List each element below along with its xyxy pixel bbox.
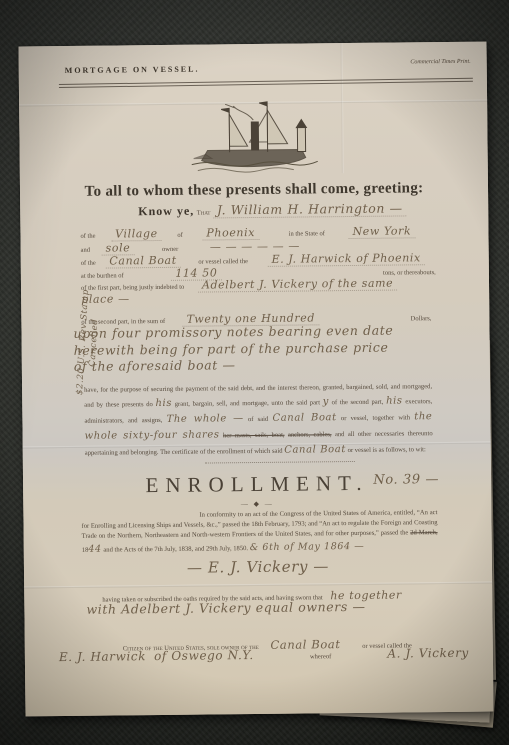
- grantor-name: J. William H. Harrington —: [213, 200, 407, 218]
- struck-printed-text: 2d March,: [410, 530, 437, 537]
- printed-text: The certificate of the enrollment of whi…: [160, 447, 283, 455]
- place-line: place —: [81, 289, 469, 306]
- printed-text: and the Acts of the 7th July, 1838, and …: [103, 545, 248, 554]
- dash-flourish: — — — — — —: [210, 240, 300, 254]
- master-name-entry: A. J. Vickery: [387, 646, 469, 661]
- steamship-engraving-icon: [187, 99, 322, 189]
- final-vessel-line: E. J. Harwick of Oswego N.Y. whereof A. …: [59, 646, 469, 664]
- handwritten-insert: Canal Boat: [272, 412, 336, 424]
- photograph-background: MORTGAGE ON VESSEL. Commercial Times Pri…: [0, 0, 509, 745]
- act-of-congress-paragraph: In conformity to an act of the Congress …: [81, 508, 437, 557]
- struck-printed-text: anchors, cables,: [288, 431, 332, 438]
- town-entry: Phoenix: [202, 226, 259, 241]
- printed-text: or vessel is as follows, to wit:: [348, 446, 426, 454]
- handwritten-insert: y: [323, 396, 329, 407]
- that-label: That: [197, 209, 211, 216]
- village-entry: Village: [111, 227, 162, 242]
- printed-text: of: [177, 232, 182, 239]
- printed-text: of the second part,: [332, 398, 384, 406]
- printed-text: or vessel, together with: [341, 414, 410, 422]
- document-title: MORTGAGE ON VESSEL.: [65, 65, 200, 75]
- port-entry: of Oswego N.Y.: [154, 648, 254, 663]
- printed-text: and: [81, 247, 90, 254]
- printed-text: of the: [81, 260, 96, 267]
- printer-credit: Commercial Times Print.: [410, 59, 470, 66]
- printed-text: whereof: [310, 653, 331, 660]
- mortgage-document: MORTGAGE ON VESSEL. Commercial Times Pri…: [19, 42, 494, 717]
- greeting-heading: To all to whom these presents shall come…: [20, 180, 488, 202]
- handwritten-year: 44: [88, 543, 101, 554]
- header-rule: [59, 78, 473, 88]
- handwritten-insert: Canal Boat: [284, 444, 346, 456]
- master-signature: — E. J. Vickery —: [24, 556, 492, 579]
- section-divider: [205, 461, 355, 464]
- printed-text: of the: [80, 233, 95, 240]
- handwritten-insert: his: [386, 395, 403, 406]
- handwritten-date: & 6th of May 1864 —: [250, 541, 365, 553]
- granting-clause: have, for the purpose of securing the pa…: [84, 382, 433, 460]
- printed-text: or vessel called the: [198, 258, 248, 266]
- know-ye-line: Know ye, That J. William H. Harrington —: [138, 200, 407, 219]
- handwritten-insert: his: [155, 397, 172, 408]
- struck-printed-text: her masts, sails, boat,: [223, 431, 285, 439]
- printed-text: of said: [248, 415, 268, 422]
- fold-crease-vertical: [340, 43, 343, 173]
- printed-text: in the State of: [289, 230, 325, 237]
- state-entry: New York: [348, 224, 415, 239]
- equal-owners-line: with Adelbert J. Vickery equal owners —: [86, 599, 365, 617]
- printed-text: grant, bargain, sell, and mortgage, unto…: [175, 399, 320, 408]
- fold-crease-bottom: [24, 582, 492, 589]
- handwritten-insert: The whole —: [167, 413, 244, 425]
- enrollment-number: No. 39 —: [373, 472, 439, 488]
- know-ye-label: Know ye,: [138, 204, 194, 219]
- printed-text: In conformity to an act of the Congress …: [81, 509, 437, 540]
- notes-line-3: of the aforesaid boat —: [74, 355, 454, 375]
- vessel-name-entry: E. J. Harwick: [59, 649, 146, 664]
- printed-text: owner: [162, 246, 178, 253]
- promissory-notes-clause: upon four promissory notes bearing even …: [73, 322, 453, 375]
